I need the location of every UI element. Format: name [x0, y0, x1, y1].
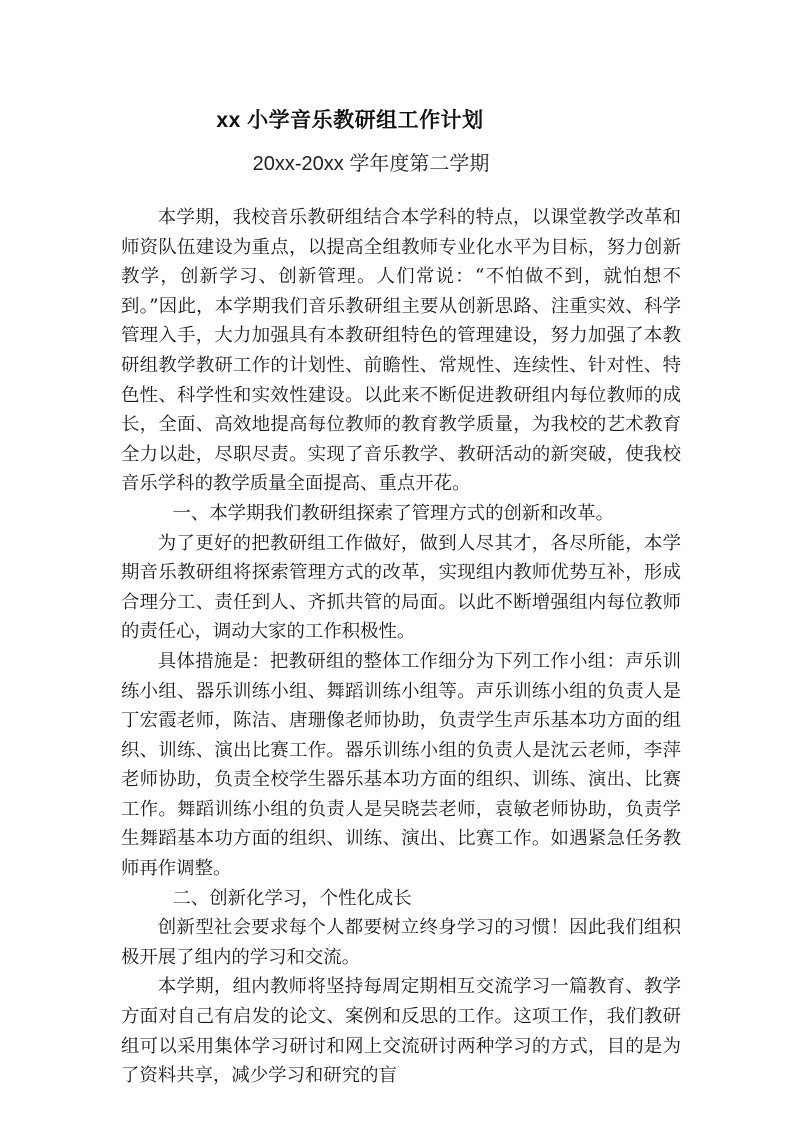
section-2-paragraph: 创新型社会要求每个人都要树立终身学习的习惯！因此我们组积极开展了组内的学习和交流… [121, 913, 681, 972]
section-heading-1: 一、本学期我们教研组探索了管理方式的创新和改革。 [121, 499, 681, 529]
section-2-study-paragraph: 本学期，组内教师将坚持每周定期相互交流学习一篇教育、教学方面对自己有启发的论文、… [121, 972, 681, 1090]
section-1-measures-paragraph: 具体措施是：把教研组的整体工作细分为下列工作小组：声乐训练小组、器乐训练小组、舞… [121, 647, 681, 884]
document-title: xx 小学音乐教研组工作计划 [0, 104, 700, 134]
section-1-paragraph: 为了更好的把教研组工作做好，做到人尽其才，各尽所能，本学期音乐教研组将探索管理方… [121, 529, 681, 647]
document-subtitle: 20xx-20xx 学年度第二学期 [0, 147, 742, 176]
document-page: xx 小学音乐教研组工作计划 20xx-20xx 学年度第二学期 本学期，我校音… [0, 0, 793, 1122]
intro-paragraph: 本学期，我校音乐教研组结合本学科的特点，以课堂教学改革和师资队伍建设为重点，以提… [121, 203, 681, 499]
section-heading-2: 二、创新化学习，个性化成长 [121, 884, 681, 914]
document-body: 本学期，我校音乐教研组结合本学科的特点，以课堂教学改革和师资队伍建设为重点，以提… [121, 203, 681, 1091]
